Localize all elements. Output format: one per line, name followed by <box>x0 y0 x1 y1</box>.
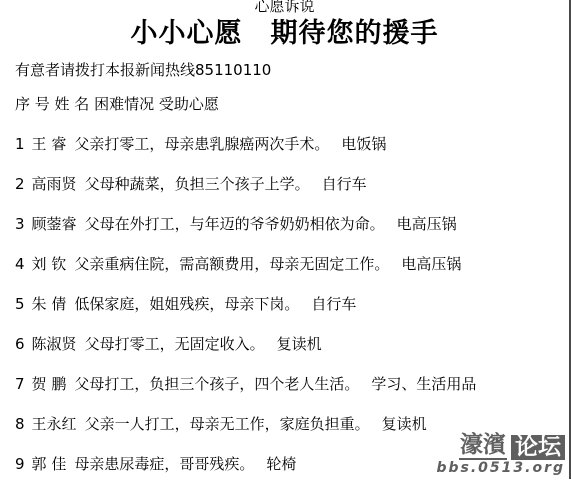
wish-row: 5朱 倩低保家庭，姐姐残疾，母亲下岗。自行车 <box>15 295 569 313</box>
wish-row: 3顾蓥睿父母在外打工，与年迈的爷爷奶奶相依为命。电高压锅 <box>15 215 569 233</box>
student-name: 朱 倩 <box>32 295 67 313</box>
student-name: 陈淑贤 <box>32 335 77 353</box>
watermark-logo: 濠濱 论坛 <box>436 433 565 460</box>
difficulty-description: 低保家庭，姐姐残疾，母亲下岗。 <box>74 295 299 313</box>
difficulty-description: 父亲打零工，母亲患乳腺癌两次手术。 <box>74 135 329 153</box>
wish-item: 自行车 <box>311 295 356 313</box>
watermark-url: bbs.0513.org <box>436 461 565 476</box>
difficulty-description: 父亲一人打工，母亲无工作，家庭负担重。 <box>85 415 370 433</box>
wish-row: 6陈淑贤父母打零工，无固定收入。复读机 <box>15 335 569 353</box>
wish-item: 电饭锅 <box>341 135 386 153</box>
serial-number: 8 <box>15 415 25 433</box>
watermark-forum-badge: 论坛 <box>511 435 565 460</box>
wish-item: 电高压锅 <box>401 255 461 273</box>
wish-list-page: 心愿诉说 小小心愿 期待您的援手 有意者请拨打本报新闻热线85110110 序 … <box>0 0 571 479</box>
difficulty-description: 父亲重病住院，需高额费用，母亲无固定工作。 <box>74 255 389 273</box>
serial-number: 5 <box>15 295 25 313</box>
serial-number: 2 <box>15 175 25 193</box>
wish-row: 2高雨贤父母种蔬菜，负担三个孩子上学。自行车 <box>15 175 569 193</box>
difficulty-description: 父母打零工，无固定收入。 <box>85 335 265 353</box>
wish-row: 4刘 钦父亲重病住院，需高额费用，母亲无固定工作。电高压锅 <box>15 255 569 273</box>
category-label: 心愿诉说 <box>0 0 569 14</box>
difficulty-description: 父母种蔬菜，负担三个孩子上学。 <box>85 175 310 193</box>
student-name: 郭 佳 <box>32 455 67 473</box>
serial-number: 1 <box>15 135 25 153</box>
wish-row: 1王 睿父亲打零工，母亲患乳腺癌两次手术。电饭锅 <box>15 135 569 153</box>
student-name: 顾蓥睿 <box>32 215 77 233</box>
wish-item: 学习、生活用品 <box>371 375 476 393</box>
difficulty-description: 父母在外打工，与年迈的爷爷奶奶相依为命。 <box>85 215 385 233</box>
student-name: 高雨贤 <box>32 175 77 193</box>
serial-number: 4 <box>15 255 25 273</box>
student-name: 刘 钦 <box>32 255 67 273</box>
serial-number: 6 <box>15 335 25 353</box>
watermark-site-name: 濠濱 <box>459 433 507 460</box>
wish-rows: 1王 睿父亲打零工，母亲患乳腺癌两次手术。电饭锅2高雨贤父母种蔬菜，负担三个孩子… <box>15 135 569 473</box>
serial-number: 9 <box>15 455 25 473</box>
wish-item: 电高压锅 <box>397 215 457 233</box>
student-name: 王 睿 <box>32 135 67 153</box>
student-name: 贺 鹏 <box>32 375 67 393</box>
wish-item: 复读机 <box>382 415 427 433</box>
column-headers: 序 号 姓 名 困难情况 受助心愿 <box>15 96 569 113</box>
difficulty-description: 父母打工，负担三个孩子，四个老人生活。 <box>74 375 359 393</box>
wish-item: 自行车 <box>322 175 367 193</box>
serial-number: 7 <box>15 375 25 393</box>
page-title: 小小心愿 期待您的援手 <box>0 19 569 49</box>
hotline-text: 有意者请拨打本报新闻热线85110110 <box>15 62 569 79</box>
wish-item: 复读机 <box>277 335 322 353</box>
student-name: 王永红 <box>32 415 77 433</box>
forum-watermark: 濠濱 论坛 bbs.0513.org <box>436 433 565 476</box>
difficulty-description: 母亲患尿毒症，哥哥残疾。 <box>74 455 254 473</box>
wish-item: 轮椅 <box>266 455 296 473</box>
serial-number: 3 <box>15 215 25 233</box>
wish-row: 7贺 鹏父母打工，负担三个孩子，四个老人生活。学习、生活用品 <box>15 375 569 393</box>
